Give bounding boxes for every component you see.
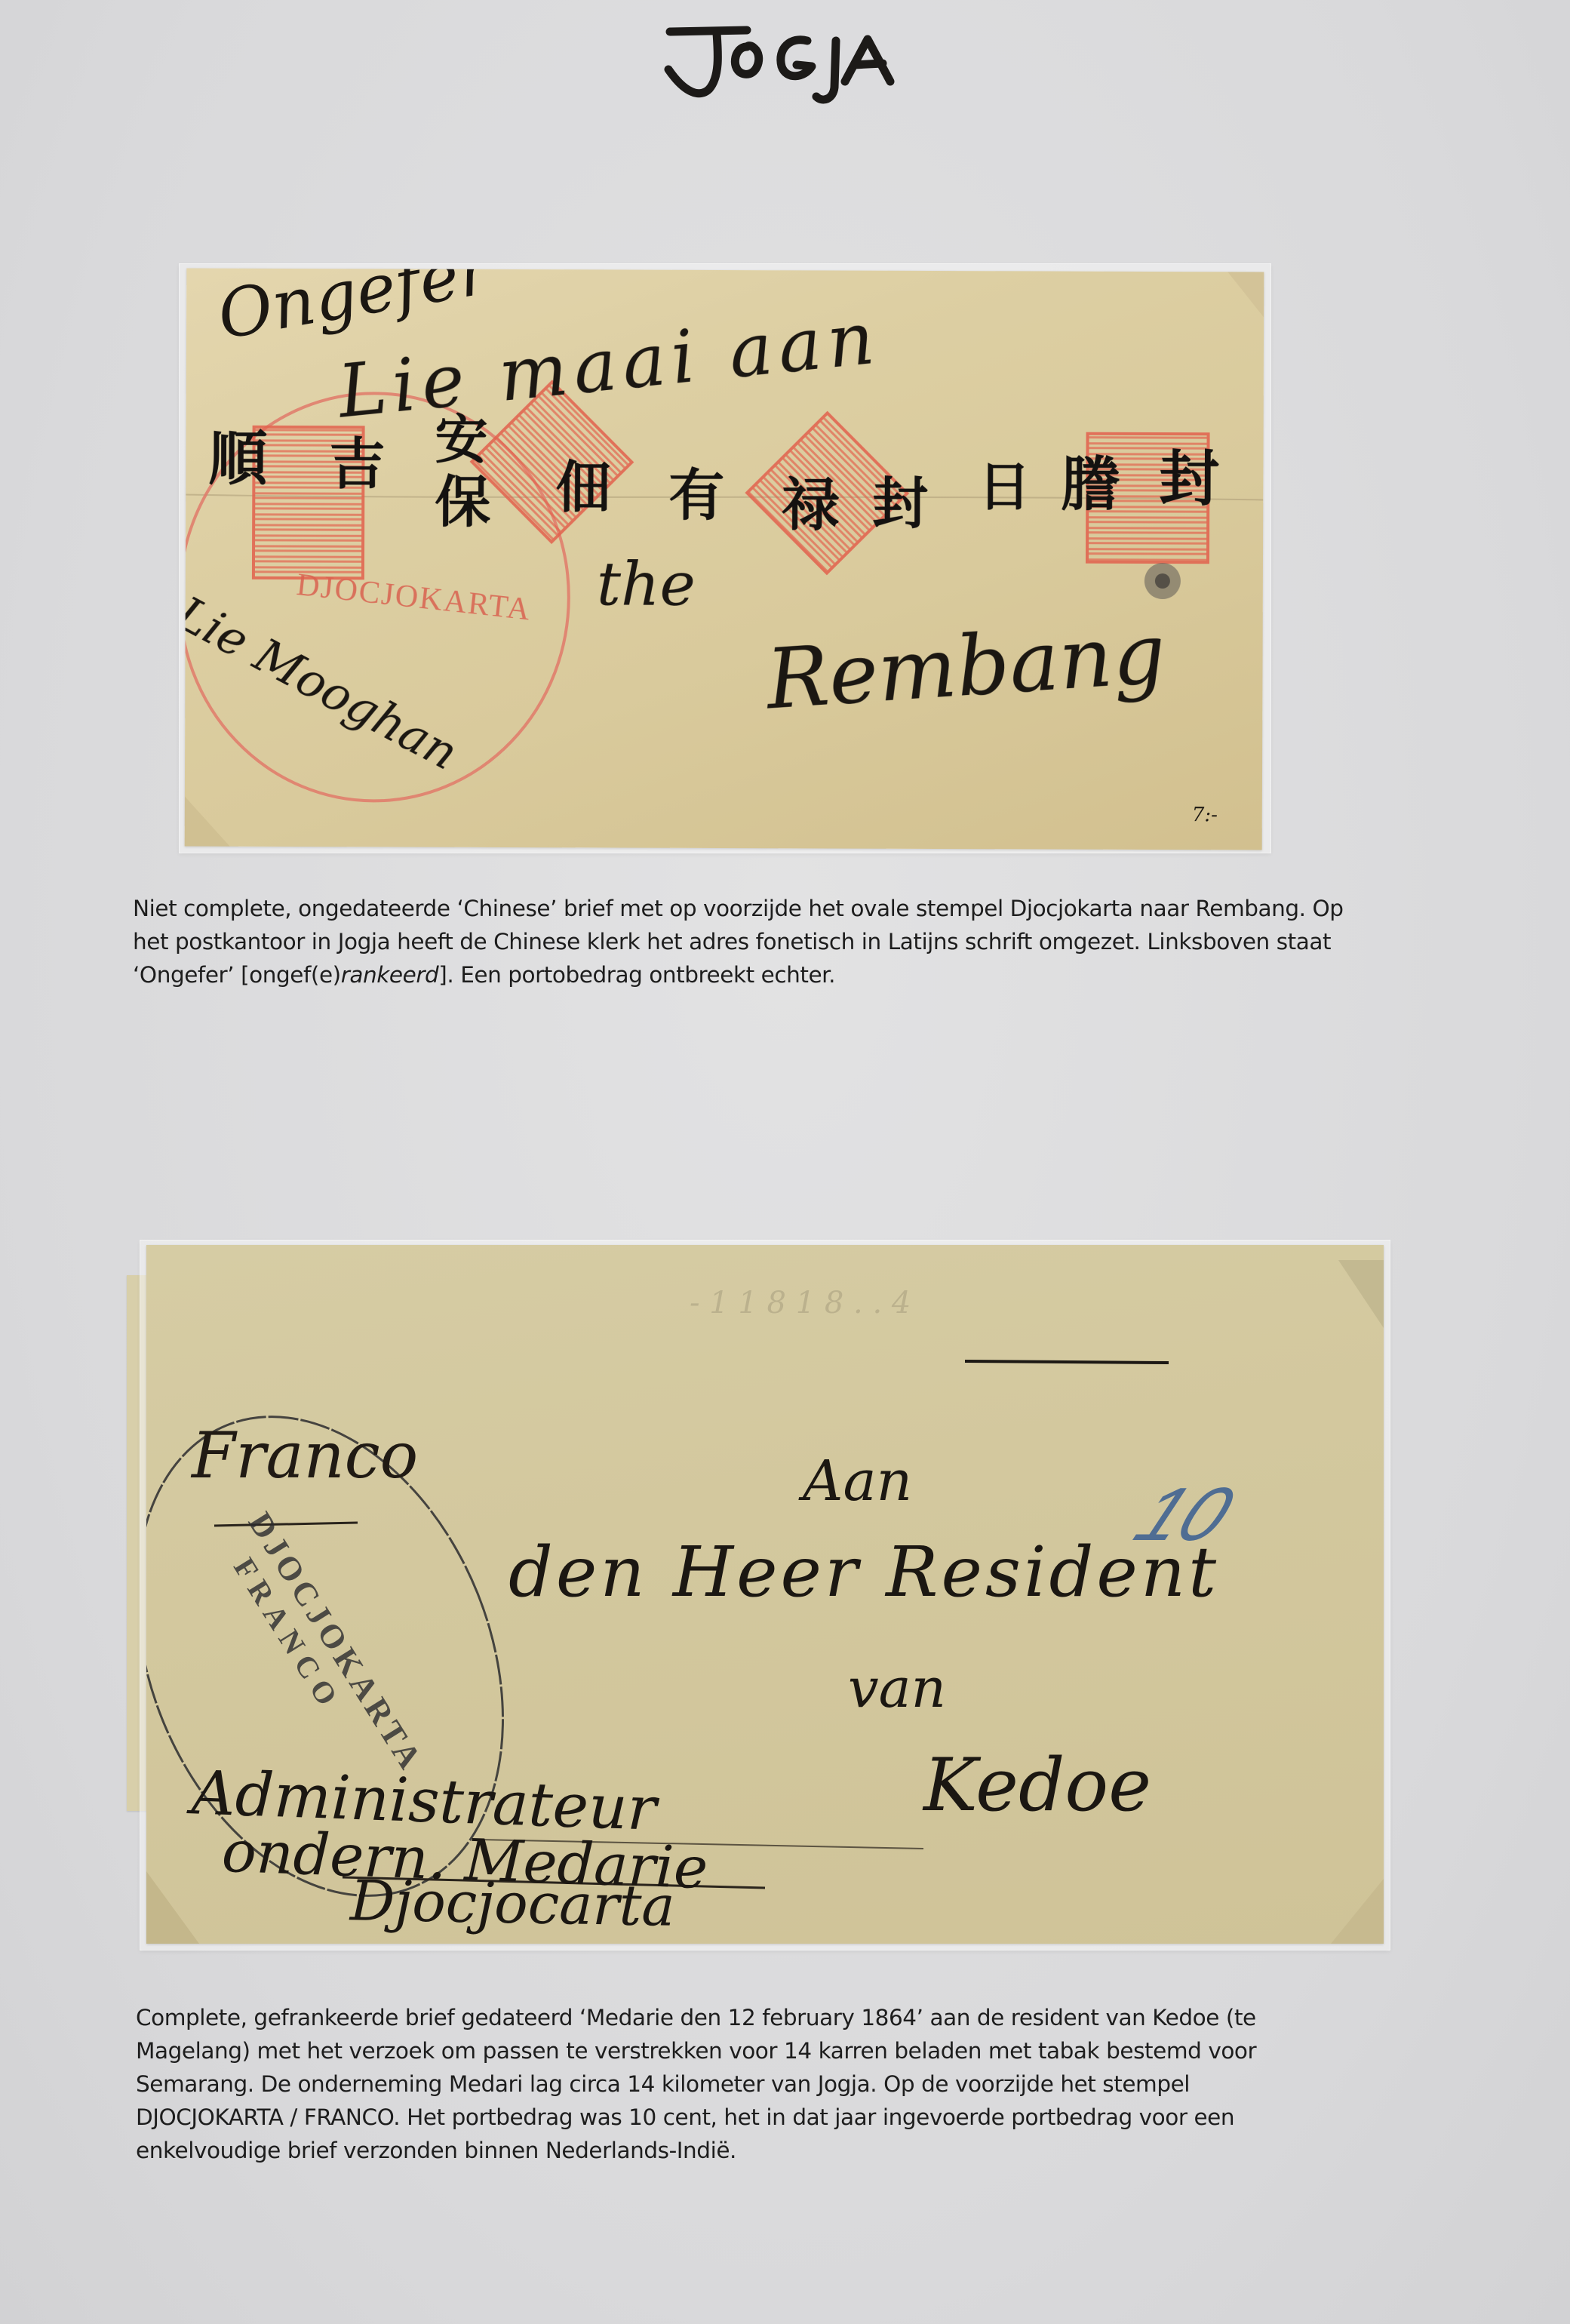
handwriting-aan: Aan [803, 1449, 912, 1514]
handwriting-van: van [848, 1656, 946, 1720]
caption-line: enkelvoudige brief verzonden binnen Nede… [136, 2134, 1256, 2167]
caption-line: Niet complete, ongedateerde ‘Chinese’ br… [133, 892, 1344, 925]
chinese-letter-envelope: 順 吉 安 保 佃 有 禄 封 日 謄 封 DJOCJOKARTA Ongefe… [185, 269, 1264, 850]
chinese-char: 封 [872, 460, 928, 539]
caption-item-2: Complete, gefrankeerde brief gedateerd ‘… [136, 2001, 1256, 2167]
caption-line: het postkantoor in Jogja heeft de Chines… [133, 925, 1344, 958]
caption-line: Semarang. De onderneming Medari lag circ… [136, 2067, 1256, 2101]
chinese-char: 保 [435, 458, 490, 538]
caption-line: Magelang) met het verzoek om passen te v… [136, 2034, 1256, 2067]
caption-text: ‘Ongefer’ [ongef(e) [133, 962, 341, 988]
caption-text: ]. Een portobedrag ontbreekt echter. [438, 962, 835, 988]
chinese-char: 封 [1159, 430, 1219, 517]
handwriting-franco: Franco [192, 1419, 418, 1492]
page-title: JOGJA [0, 15, 1570, 113]
franco-letter-envelope: - 1 1 8 1 8 . . 4 DJOCJOKARTA FRANCO Fra… [146, 1245, 1384, 1944]
chinese-char: 禄 [782, 459, 839, 541]
svg-text:- 1 1 8 1 8 . . 4: - 1 1 8 1 8 . . 4 [690, 1286, 911, 1320]
handwriting-the: the [597, 549, 696, 619]
chinese-char: 佃 [555, 443, 611, 523]
chinese-char: 日 [978, 444, 1031, 521]
chinese-char: 謄 [1061, 438, 1120, 522]
caption-line: DJOCJOKARTA / FRANCO. Het portbedrag was… [136, 2101, 1256, 2134]
handwriting-corner-note: 7:- [1192, 804, 1218, 826]
caption-italic: rankeerd [341, 962, 439, 988]
title-handwriting [664, 24, 905, 107]
caption-line: Complete, gefrankeerde brief gedateerd ‘… [136, 2001, 1256, 2034]
handwriting-den-heer-resident: den Heer Resident [508, 1532, 1219, 1612]
handwriting-djocjocarta: Djocjocarta [349, 1868, 675, 1939]
chinese-char: 順 [208, 412, 267, 496]
caption-item-1: Niet complete, ongedateerde ‘Chinese’ br… [133, 892, 1344, 991]
caption-line: ‘Ongefer’ [ongef(e)rankeerd]. Een portob… [133, 958, 1344, 991]
handwriting-kedoe: Kedoe [923, 1743, 1151, 1828]
chinese-char: 有 [668, 451, 724, 531]
